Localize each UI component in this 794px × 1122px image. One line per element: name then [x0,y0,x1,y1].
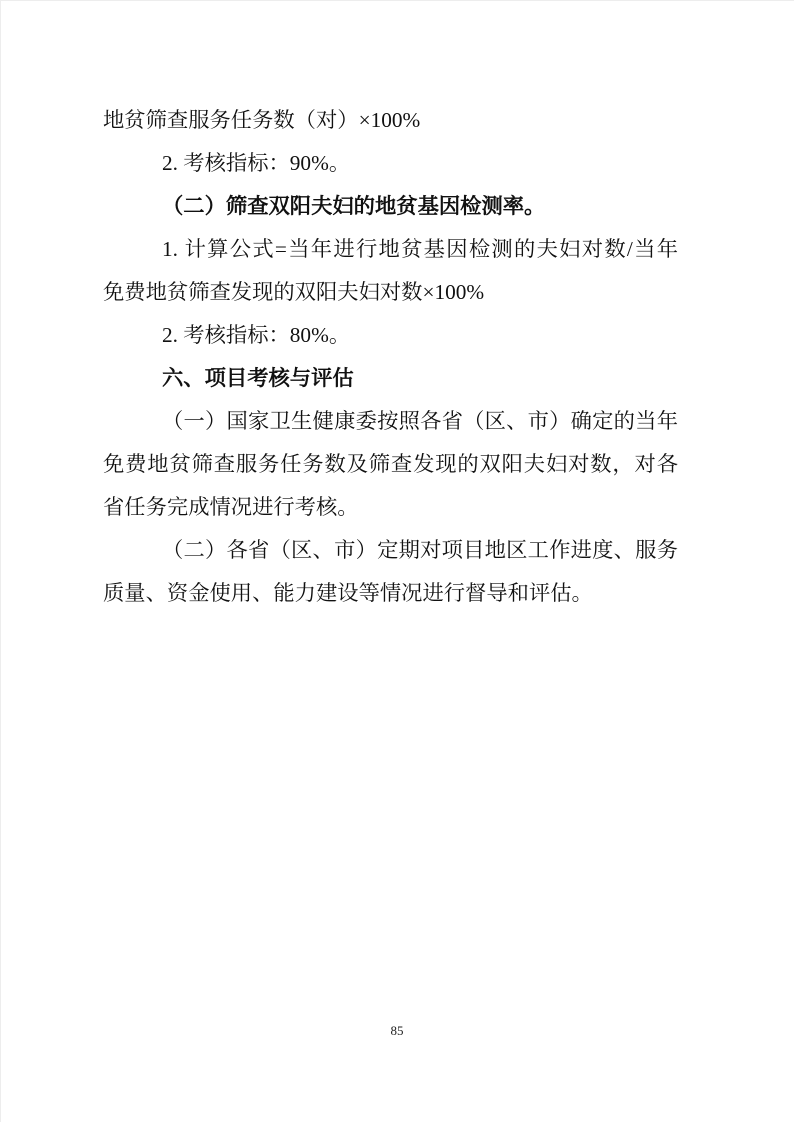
document-body: 地贫筛查服务任务数（对）×100%2. 考核指标：90%。（二）筛查双阳夫妇的地… [103,99,678,615]
body-line-indicator-80: 2. 考核指标：80%。 [103,314,678,357]
body-line-indicator-90: 2. 考核指标：90%。 [103,142,678,185]
body-line-item2-start: （二）各省（区、市）定期对项目地区工作进度、服务 [103,529,678,572]
body-line-item1-middle: 免费地贫筛查服务任务数及筛查发现的双阳夫妇对数，对各 [103,443,678,486]
body-line-item1-start: （一）国家卫生健康委按照各省（区、市）确定的当年 [103,400,678,443]
heading-section-2-gene-detection-rate: （二）筛查双阳夫妇的地贫基因检测率。 [103,185,678,228]
page-footer: 85 [0,1022,794,1040]
page-number: 85 [391,1023,404,1038]
body-line-formula-denominator-continuation: 地贫筛查服务任务数（对）×100% [103,99,678,142]
body-line-item2-end: 质量、资金使用、能力建设等情况进行督导和评估。 [103,572,678,615]
body-line-formula-start: 1. 计算公式=当年进行地贫基因检测的夫妇对数/当年 [103,228,678,271]
body-line-item1-end: 省任务完成情况进行考核。 [103,486,678,529]
heading-section-6-assessment: 六、项目考核与评估 [103,357,678,400]
body-line-formula-continuation: 免费地贫筛查发现的双阳夫妇对数×100% [103,271,678,314]
document-page: 地贫筛查服务任务数（对）×100%2. 考核指标：90%。（二）筛查双阳夫妇的地… [0,0,794,1122]
